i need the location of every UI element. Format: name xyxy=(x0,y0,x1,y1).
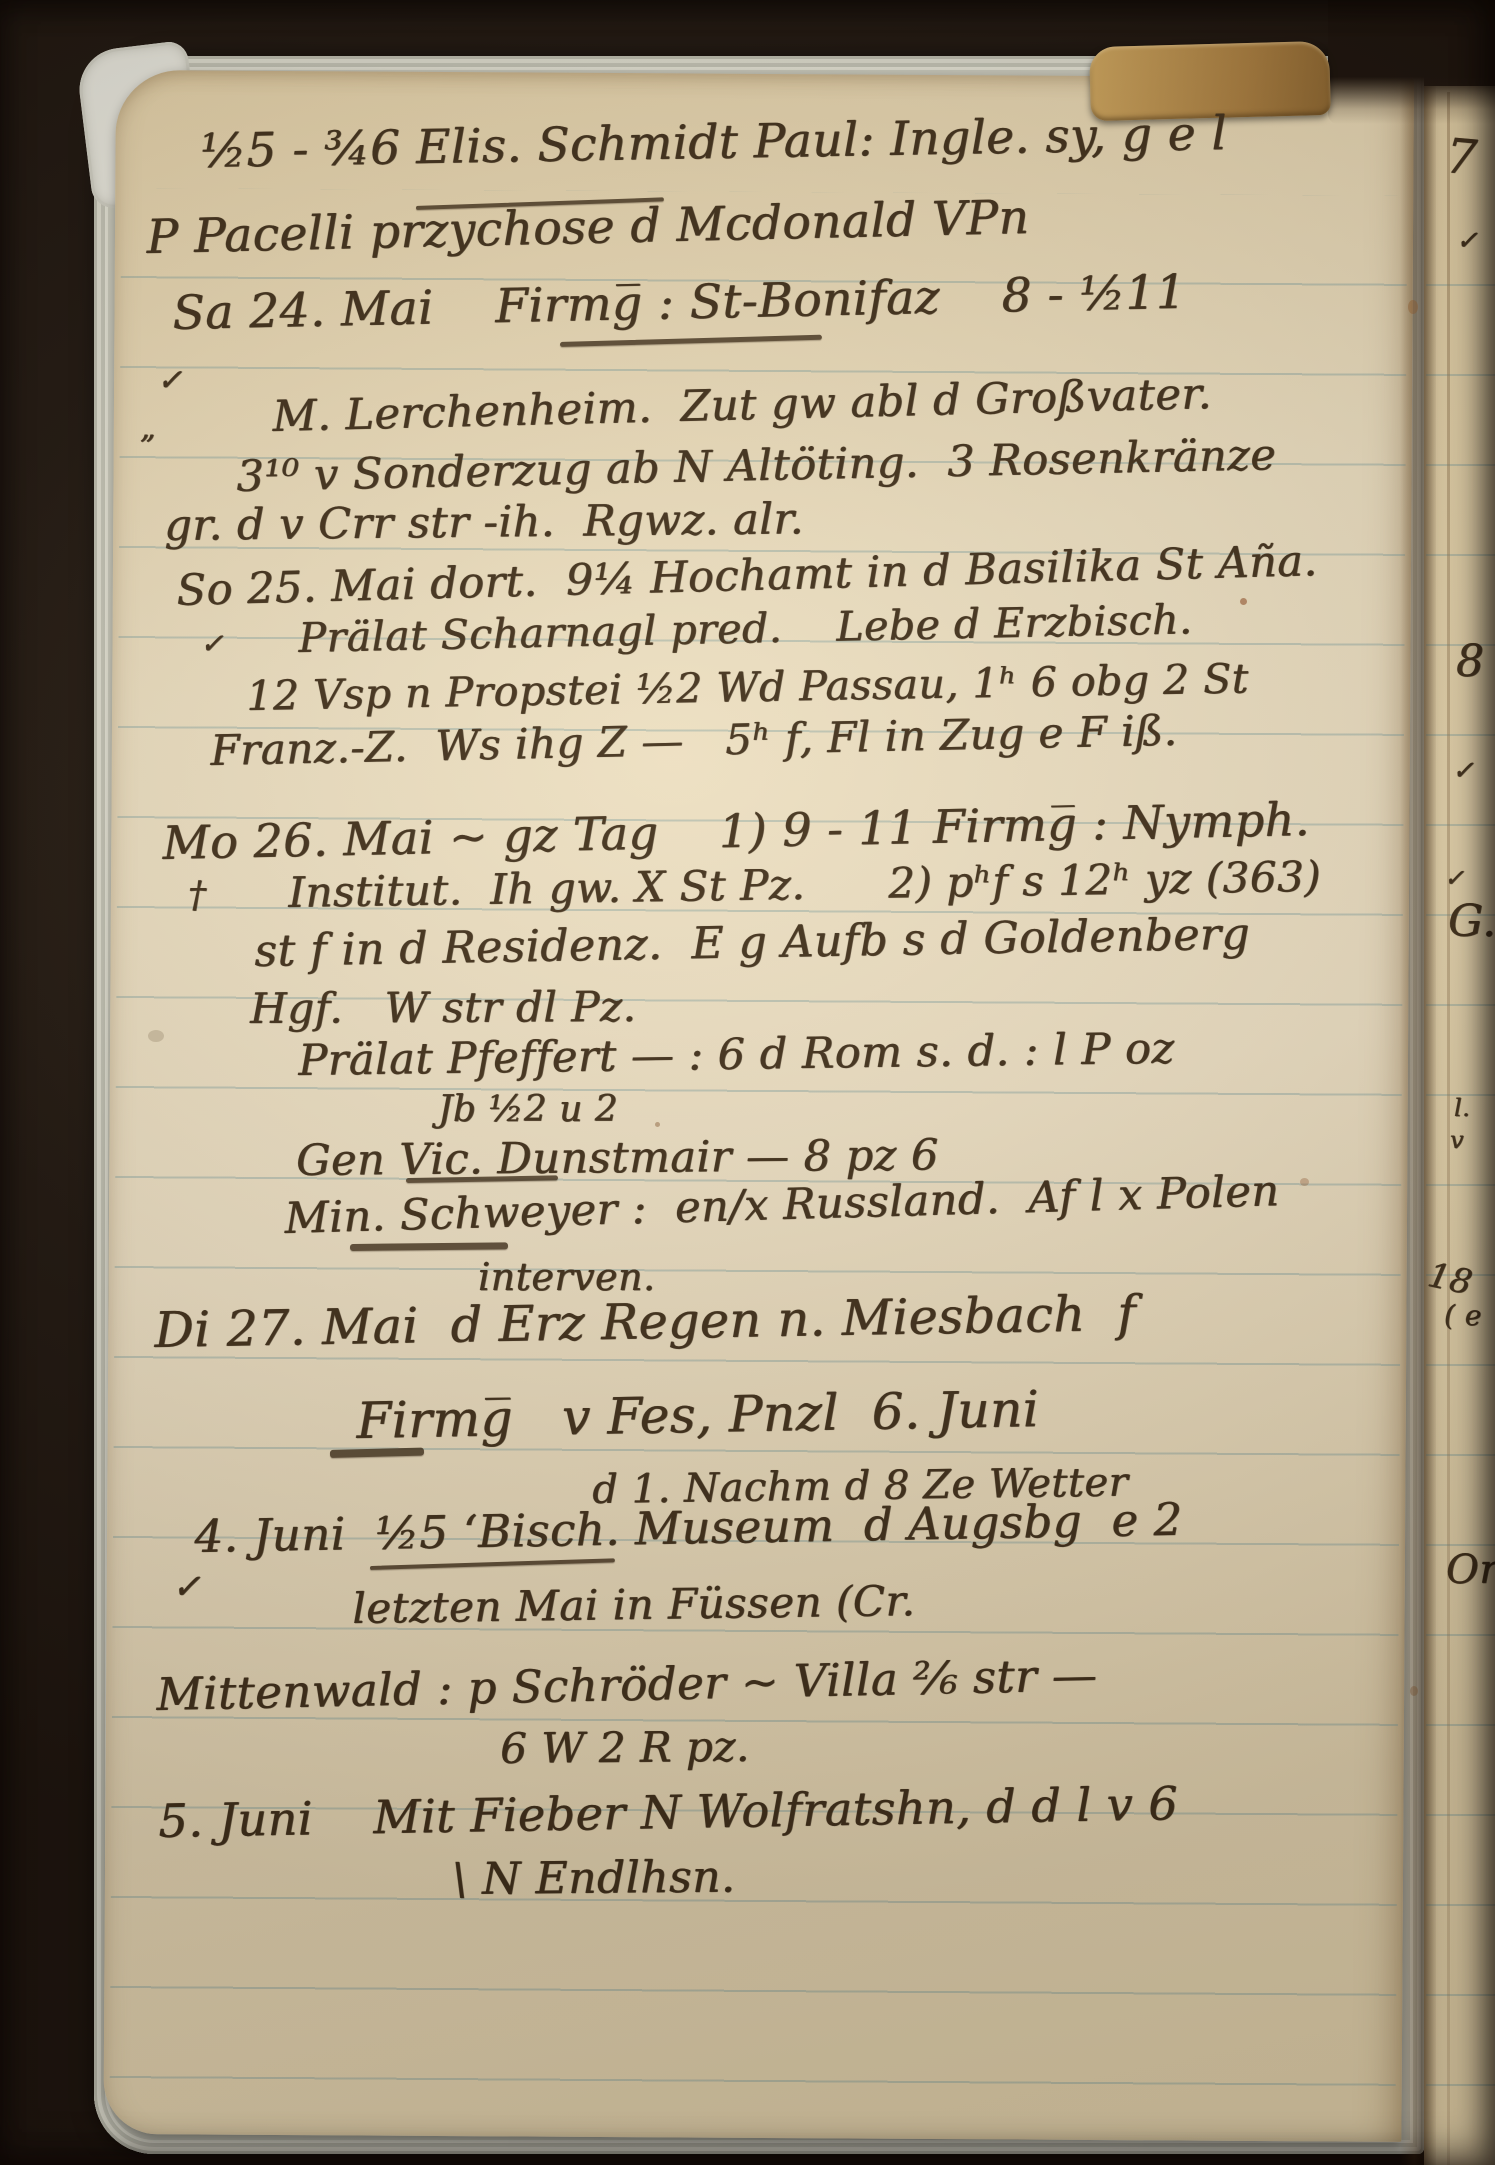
handwriting-line: Jb ½2 u 2 xyxy=(438,1092,618,1128)
handwriting-line: Prälat Pfeffert — : 6 d Rom s. d. : l P … xyxy=(298,1028,1175,1083)
sliver-text: l. xyxy=(1454,1096,1470,1120)
underline-stroke xyxy=(350,1242,508,1251)
checkmark: ✓ xyxy=(172,1570,201,1604)
cross-mark: † xyxy=(188,878,207,914)
handwriting-line: Firmg̅ v Fes, Pnzl 6. Juni xyxy=(356,1384,1040,1446)
handwriting-line: Gen Vic. Dunstmair — 8 pz 6 xyxy=(296,1134,939,1183)
sliver-text: 8 xyxy=(1456,640,1485,684)
handwriting-line: P Pacelli przychose d Mcdonald VPn xyxy=(146,194,1030,261)
checkmark: ✓ xyxy=(200,630,224,658)
ditto-mark: „ xyxy=(140,414,156,444)
sliver-text: Or xyxy=(1446,1550,1495,1590)
handwriting-line: gr. d v Crr str -ih. Rgwz. alr. xyxy=(164,498,804,548)
sliver-text: 7 xyxy=(1444,132,1479,183)
handwriting-line: Di 27. Mai d Erz Regen n. Miesbach f xyxy=(154,1289,1136,1355)
sliver-text: v xyxy=(1450,1128,1464,1152)
handwriting-line: M. Lerchenheim. Zut gw abl d Großvater. xyxy=(272,373,1212,439)
handwriting-line: Institut. Ih gw. X St Pz. 2) pʰf s 12ʰ y… xyxy=(288,856,1321,914)
underline-stroke xyxy=(330,1448,424,1458)
handwriting-line: Franz.-Z. Ws ihg Z — 5ʰ f, Fl in Zug e F… xyxy=(210,710,1178,772)
sliver-text: ( e xyxy=(1444,1302,1482,1330)
handwriting-line: Mittenwald : p Schröder ~ Villa ²⁄₆ str … xyxy=(156,1652,1098,1717)
underline-stroke xyxy=(370,1558,615,1570)
handwriting-line: ½5 - ¾6 Elis. Schmidt Paul: Ingle. sy, g… xyxy=(200,110,1227,175)
notebook-photo: ½5 - ¾6 Elis. Schmidt Paul: Ingle. sy, g… xyxy=(0,0,1495,2165)
handwriting-line: Hgf. W str dl Pz. xyxy=(250,986,636,1030)
handwriting-line: letzten Mai in Füssen (Cr. xyxy=(352,1580,916,1630)
handwriting-line: 3¹⁰ v Sonderzug ab N Altöting. 3 Rosenkr… xyxy=(236,434,1277,499)
handwriting-line: 5. Juni Mit Fieber N Wolfratshn, d d l v… xyxy=(158,1780,1178,1844)
handwriting-line: st f in d Residenz. E g Aufb s d Goldenb… xyxy=(254,913,1250,974)
sliver-text: G. xyxy=(1448,900,1495,944)
checkmark: ✓ xyxy=(1456,228,1478,254)
checkmark: ✓ xyxy=(1452,758,1474,784)
handwriting-line: 6 W 2 R pz. xyxy=(500,1726,750,1770)
handwriting-line: interven. xyxy=(478,1258,656,1296)
handwriting-line: \ N Endlhsn. xyxy=(452,1856,736,1902)
checkmark: ✓ xyxy=(1444,866,1465,890)
sliver-text: 18 xyxy=(1425,1258,1475,1300)
checkmark: ✓ xyxy=(157,366,183,396)
underline-stroke xyxy=(560,335,822,347)
ink-layer: ½5 - ¾6 Elis. Schmidt Paul: Ingle. sy, g… xyxy=(0,0,1495,2165)
handwriting-line: 4. Juni ½5 ʻBisch. Museum d Augsbg e 2 xyxy=(194,1497,1183,1559)
handwriting-line: Sa 24. Mai Firmg̅ : St-Bonifaz 8 - ½11 xyxy=(172,269,1187,337)
